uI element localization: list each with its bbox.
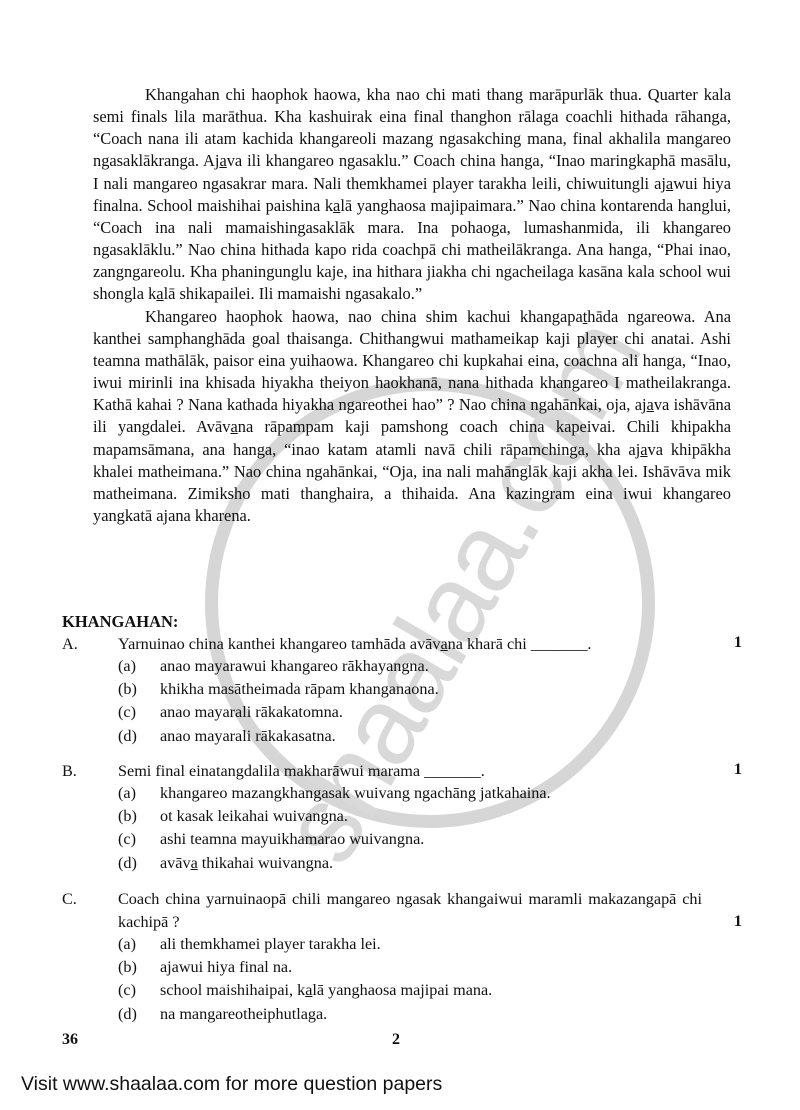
option: (c)anao mayarali rākakatomna. xyxy=(118,701,742,724)
option: (b)ajawui hiya final na. xyxy=(118,956,742,979)
question-c: C. Coach china yarnuinaopā chili mangare… xyxy=(62,888,742,1026)
option: (a)anao mayarawui khangareo rākhayangna. xyxy=(118,655,742,678)
option: (a)ali themkhamei player tarakha lei. xyxy=(118,933,742,956)
question-b: B. Semi final einatangdalila makharāwui … xyxy=(62,760,742,875)
option: (d)anao mayarali rākakasatna. xyxy=(118,725,742,748)
question-marks: 1 xyxy=(734,912,742,931)
section-heading: KHANGAHAN: xyxy=(62,612,178,632)
passage-paragraph-1: Khangahan chi haophok haowa, kha nao chi… xyxy=(93,84,731,306)
paper-code: 36 xyxy=(62,1031,78,1049)
option: (c)school maishihaipai, kalā yanghaosa m… xyxy=(118,979,742,1002)
question-letter: B. xyxy=(62,760,118,782)
question-text: Coach china yarnuinaopā chili mangareo n… xyxy=(118,888,742,933)
question-letter: A. xyxy=(62,633,118,655)
passage: Khangahan chi haophok haowa, kha nao chi… xyxy=(93,84,731,527)
question-text: Semi final einatangdalila makharāwui mar… xyxy=(118,760,742,782)
page-number: 2 xyxy=(392,1031,400,1049)
question-marks: 1 xyxy=(734,760,742,779)
option: (d)na mangareotheiphutlaga. xyxy=(118,1003,742,1026)
option: (a)khangareo mazangkhangasak wuivang nga… xyxy=(118,782,742,805)
question-letter: C. xyxy=(62,888,118,933)
exam-page: shaalaa.com Khangahan chi haophok haowa,… xyxy=(0,0,800,1110)
option: (d)avāva thikahai wuivangna. xyxy=(118,852,742,875)
question-text: Yarnuinao china kanthei khangareo tamhād… xyxy=(118,633,742,655)
question-marks: 1 xyxy=(734,633,742,652)
option: (c)ashi teamna mayuikhamarao wuivangna. xyxy=(118,828,742,851)
visit-link[interactable]: Visit www.shaalaa.com for more question … xyxy=(21,1073,442,1096)
question-a: A. Yarnuinao china kanthei khangareo tam… xyxy=(62,633,742,748)
option: (b)ot kasak leikahai wuivangna. xyxy=(118,805,742,828)
option: (b)khikha masātheimada rāpam khanganaona… xyxy=(118,678,742,701)
passage-paragraph-2: Khangareo haophok haowa, nao china shim … xyxy=(93,306,731,528)
